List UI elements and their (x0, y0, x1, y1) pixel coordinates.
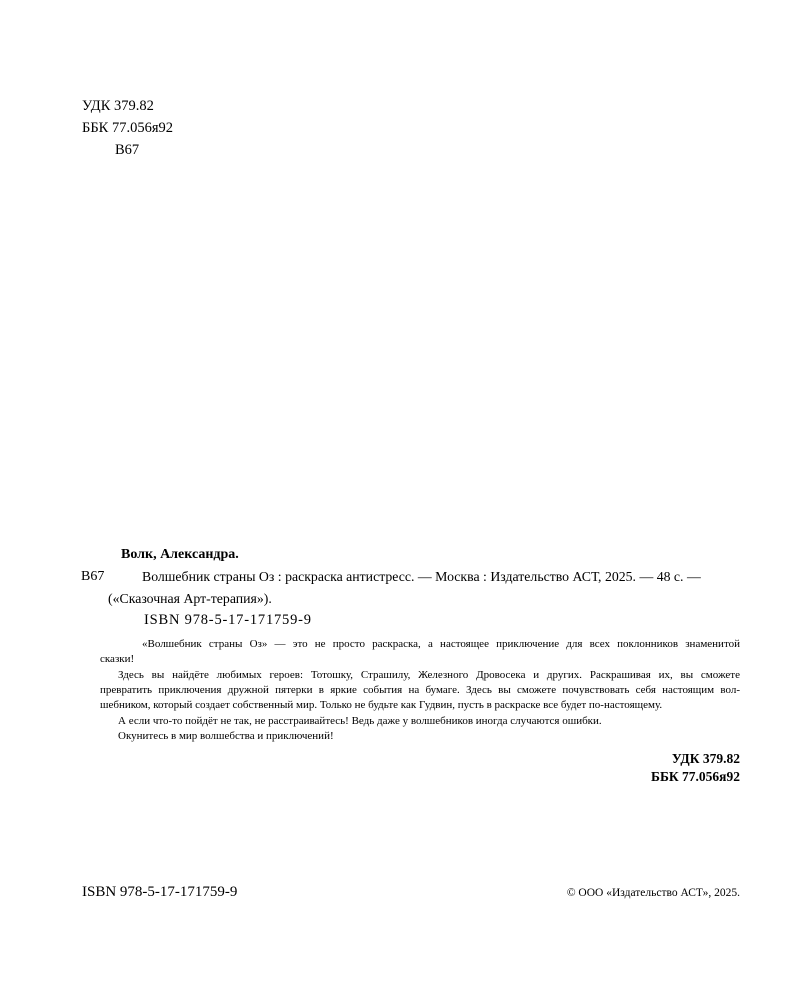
top-classification-block: УДК 379.82 ББК 77.056я92 В67 (82, 95, 173, 161)
annotation-line: А если что-то пойдёт не так, не расстраи… (100, 714, 740, 729)
catalog-author: Волк, Александра. (121, 547, 239, 563)
imprint-page: УДК 379.82 ББК 77.056я92 В67 Волк, Алекс… (0, 0, 800, 1000)
author-sign: В67 (82, 139, 173, 161)
annotation-line: «Волшебник страны Оз» — это не просто ра… (100, 637, 740, 652)
bbk-code-bold: ББК 77.056я92 (500, 768, 740, 786)
annotation-block: «Волшебник страны Оз» — это не просто ра… (100, 637, 740, 744)
annotation-line: сказки! (100, 652, 740, 667)
udk-code: УДК 379.82 (82, 95, 173, 117)
udk-code-bold: УДК 379.82 (500, 750, 740, 768)
annotation-line: Здесь вы найдёте любимых героев: Тотошку… (100, 668, 740, 683)
bottom-classification-block: УДК 379.82 ББК 77.056я92 (500, 750, 740, 785)
catalog-series-line: («Сказочная Арт-терапия»). (108, 591, 272, 607)
catalog-author-sign: В67 (81, 569, 104, 585)
footer-isbn: ISBN 978-5-17-171759-9 (82, 884, 237, 901)
annotation-line: превратить приключения дружной пятерки в… (100, 683, 740, 698)
annotation-line: Окунитесь в мир волшебства и приключений… (100, 729, 740, 744)
bbk-code: ББК 77.056я92 (82, 117, 173, 139)
catalog-title-line: Волшебник страны Оз : раскраска антистре… (142, 569, 701, 585)
footer-copyright: © ООО «Издательство АСТ», 2025. (440, 887, 740, 899)
catalog-isbn: ISBN 978-5-17-171759-9 (144, 612, 312, 629)
annotation-line: шебником, который создает собственный ми… (100, 698, 740, 713)
